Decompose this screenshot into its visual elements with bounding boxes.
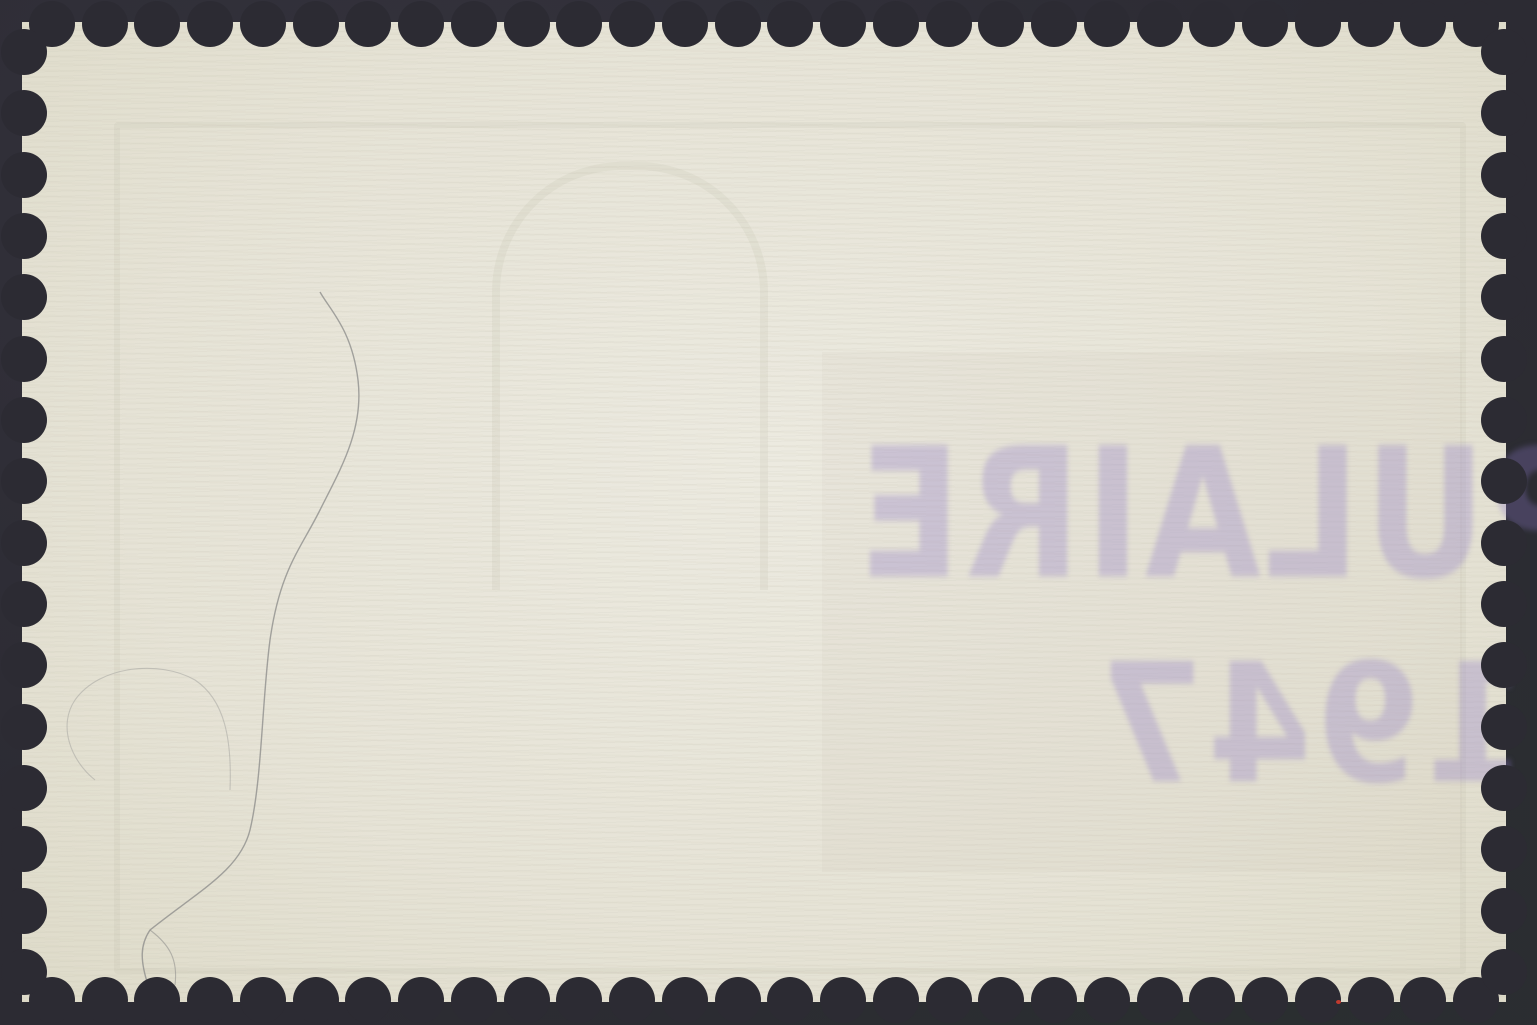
- overprint-year-showthrough: 1947: [1095, 643, 1528, 808]
- design-arch-showthrough: [492, 162, 768, 590]
- overprint-word-showthrough: PULAIRE: [855, 425, 1537, 605]
- red-speck-marking: [1336, 1000, 1341, 1004]
